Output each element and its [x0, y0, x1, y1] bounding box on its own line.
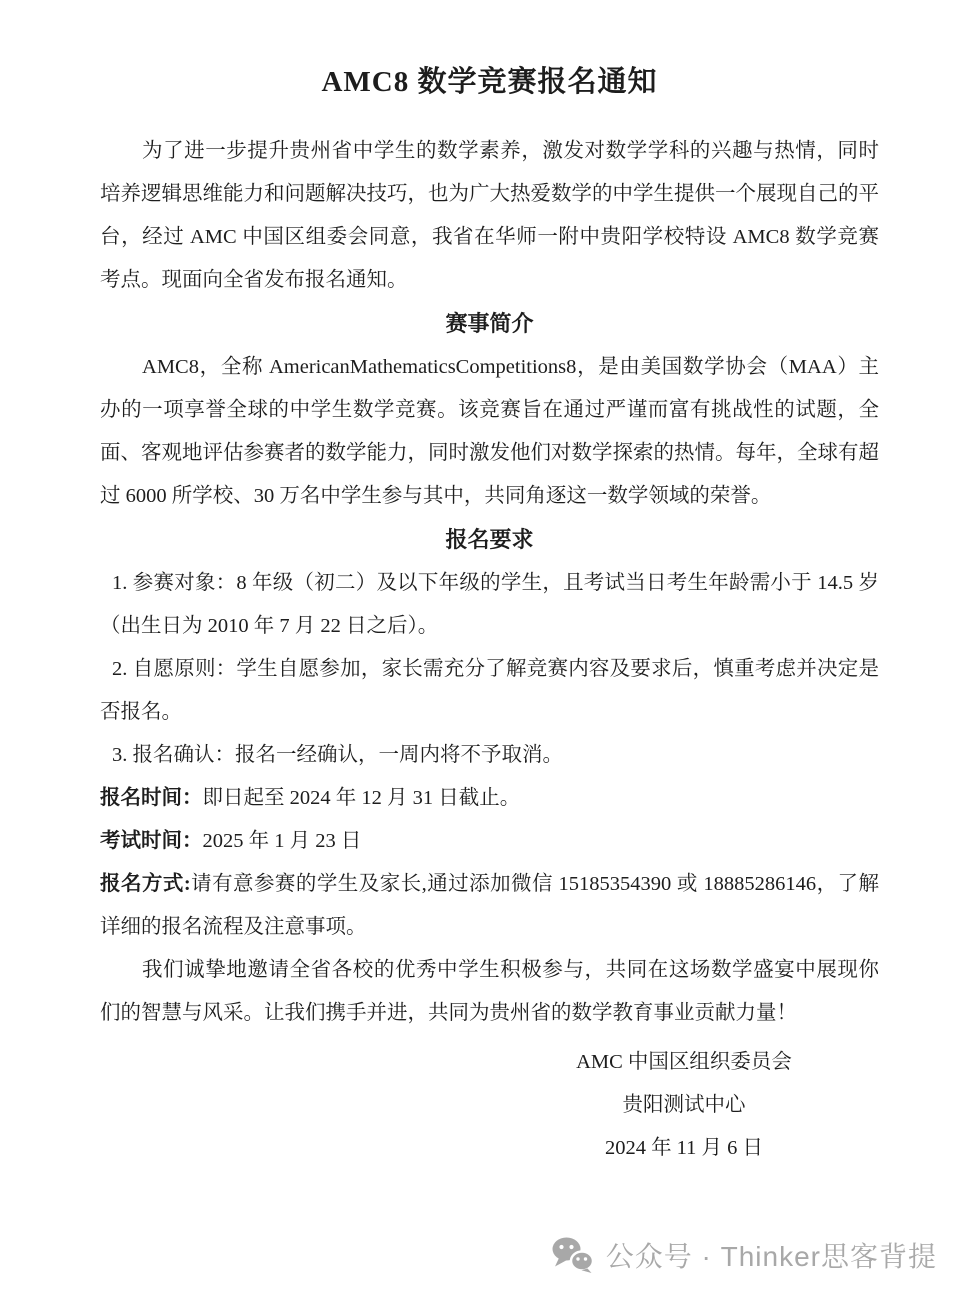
footer-watermark: 公众号 · Thinker思客背提 [552, 1235, 937, 1275]
registration-method-line: 报名方式:请有意参赛的学生及家长,通过添加微信 15185354390 或 18… [100, 863, 879, 949]
exam-time-label: 考试时间： [100, 830, 203, 852]
closing-paragraph: 我们诚挚地邀请全省各校的优秀中学生积极参与，共同在这场数学盛宴中展现你们的智慧与… [100, 949, 879, 1035]
exam-time-value: 2025 年 1 月 23 日 [203, 830, 362, 852]
signature-test-center: 贵阳测试中心 [519, 1084, 849, 1127]
registration-time-line: 报名时间：即日起至 2024 年 12 月 31 日截止。 [100, 777, 879, 820]
signature-organization: AMC 中国区组织委员会 [519, 1041, 849, 1084]
requirement-item-voluntary: 2. 自愿原则：学生自愿参加，家长需充分了解竞赛内容及要求后，慎重考虑并决定是否… [100, 648, 879, 734]
requirement-item-confirmation: 3. 报名确认：报名一经确认，一周内将不予取消。 [100, 734, 879, 777]
registration-method-label: 报名方式: [100, 873, 191, 895]
intro-paragraph: 为了进一步提升贵州省中学生的数学素养，激发对数学学科的兴趣与热情，同时培养逻辑思… [100, 130, 879, 302]
signature-date: 2024 年 11 月 6 日 [519, 1127, 849, 1170]
event-intro-paragraph: AMC8，全称 AmericanMathematicsCompetitions8… [100, 346, 879, 518]
page-title: AMC8 数学竞赛报名通知 [100, 58, 879, 106]
registration-time-label: 报名时间： [100, 787, 203, 809]
section-heading-event-intro: 赛事简介 [100, 302, 879, 346]
document-page: AMC8 数学竞赛报名通知 为了进一步提升贵州省中学生的数学素养，激发对数学学科… [0, 0, 967, 1170]
requirement-item-participants: 1. 参赛对象：8 年级（初二）及以下年级的学生，且考试当日考生年龄需小于 14… [100, 562, 879, 648]
footer-text: 公众号 · Thinker思客背提 [606, 1235, 937, 1275]
section-heading-requirements: 报名要求 [100, 518, 879, 562]
wechat-icon [552, 1237, 594, 1273]
registration-time-value: 即日起至 2024 年 12 月 31 日截止。 [203, 787, 521, 809]
registration-method-value: 请有意参赛的学生及家长,通过添加微信 15185354390 或 1888528… [100, 873, 879, 938]
exam-time-line: 考试时间：2025 年 1 月 23 日 [100, 820, 879, 863]
signature-block: AMC 中国区组织委员会 贵阳测试中心 2024 年 11 月 6 日 [519, 1041, 849, 1170]
